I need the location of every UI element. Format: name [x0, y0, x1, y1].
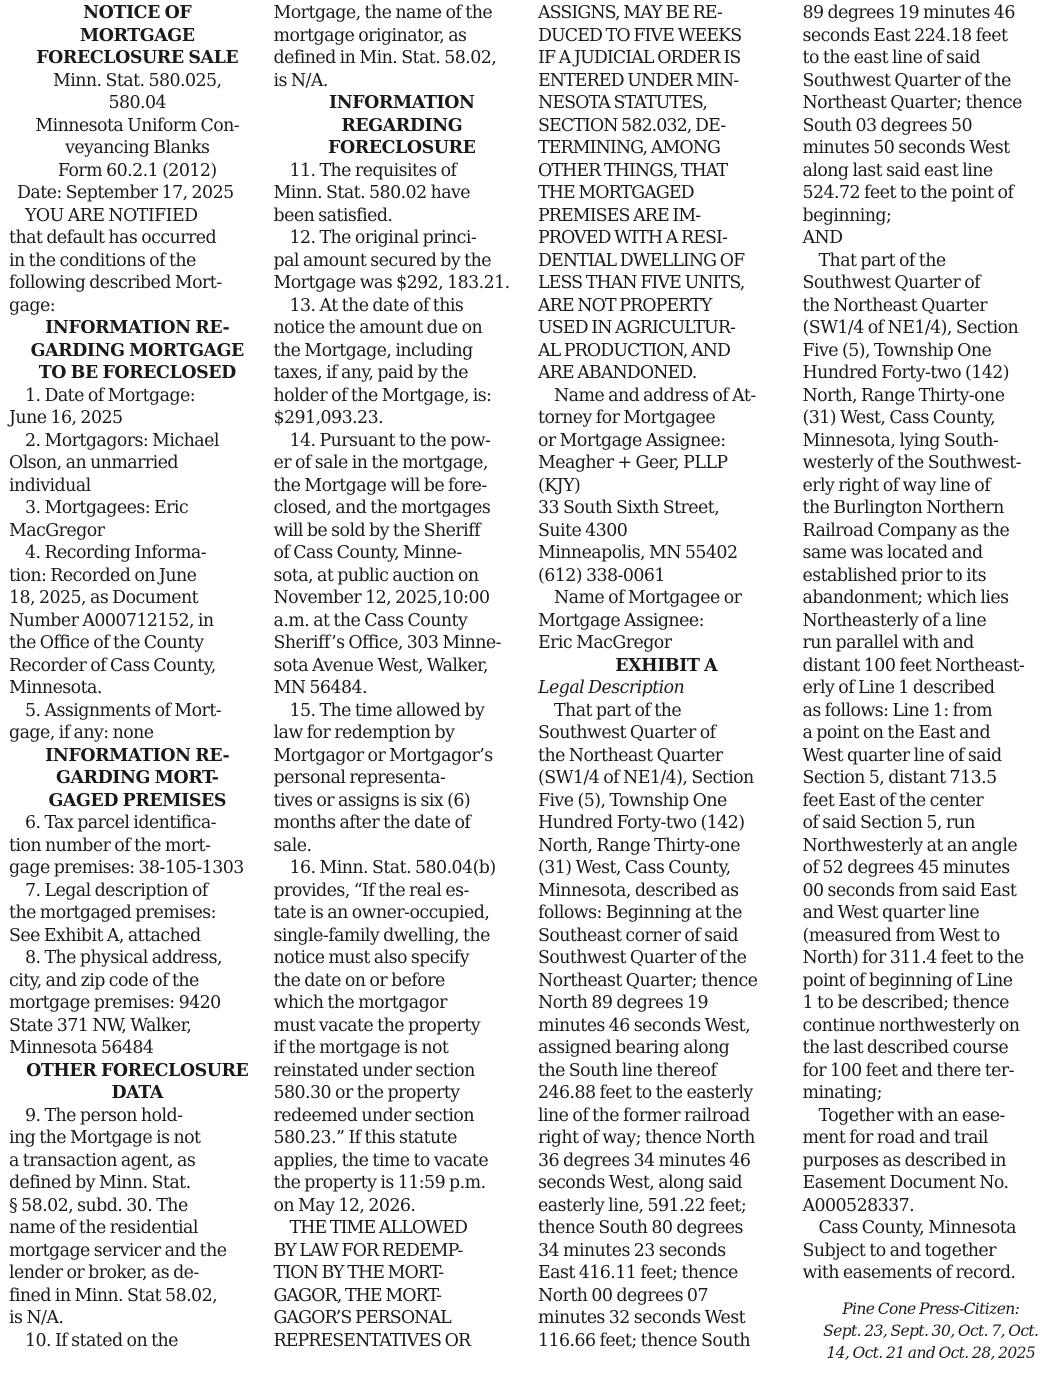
text-line: gage, if any: none — [9, 722, 266, 745]
text-line: (31) West, Cass County, — [538, 857, 795, 880]
text-line: lender or broker, as de- — [9, 1262, 266, 1285]
text-line: 246.88 feet to the easterly — [538, 1082, 795, 1105]
text-line: gage: — [9, 295, 266, 318]
text-line: line of the former railroad — [538, 1105, 795, 1128]
text-line: must vacate the property — [274, 1015, 531, 1038]
text-line: North 89 degrees 19 — [538, 992, 795, 1015]
text-line: Minn. Stat. 580.02 have — [274, 182, 531, 205]
legal-notice-page: NOTICE OFMORTGAGEFORECLOSURE SALEMinn. S… — [0, 0, 1059, 1379]
text-line: (measured from West to — [803, 925, 1059, 948]
section-heading-line: OTHER FORECLOSURE — [9, 1060, 266, 1083]
text-line: See Exhibit A, attached — [9, 925, 266, 948]
text-line: point of beginning of Line — [803, 970, 1059, 993]
text-line: on May 12, 2026. — [274, 1195, 531, 1218]
text-line: minating; — [803, 1082, 1059, 1105]
text-line: sota, at public auction on — [274, 565, 531, 588]
text-line: fined in Minn. Stat 58.02, — [9, 1285, 266, 1308]
text-line: OTHER THINGS, THAT — [538, 160, 795, 183]
text-line: feet East of the center — [803, 790, 1059, 813]
text-line: 6. Tax parcel identifica- — [9, 812, 266, 835]
text-line: Hundred Forty-two (142) — [803, 362, 1059, 385]
text-line: Five (5), Township One — [538, 790, 795, 813]
text-line: the last described course — [803, 1037, 1059, 1060]
text-line: individual — [9, 475, 266, 498]
text-line: defined by Minn. Stat. — [9, 1172, 266, 1195]
text-line: 8. The physical address, — [9, 947, 266, 970]
section-heading-line: DATA — [9, 1082, 266, 1105]
text-line: purposes as described in — [803, 1150, 1059, 1173]
text-line: Northeasterly of a line — [803, 610, 1059, 633]
text-line: easterly line, 591.22 feet; — [538, 1195, 795, 1218]
text-line: a point on the East and — [803, 722, 1059, 745]
text-line: 116.66 feet; thence South — [538, 1330, 795, 1353]
text-line: provides, “If the real es- — [274, 880, 531, 903]
text-line: notice must also specify — [274, 947, 531, 970]
text-line: 11. The requisites of — [274, 160, 531, 183]
text-line: er of sale in the mortgage, — [274, 452, 531, 475]
text-line: South 03 degrees 50 — [803, 115, 1059, 138]
text-line: the date on or before — [274, 970, 531, 993]
text-line: 16. Minn. Stat. 580.04(b) — [274, 857, 531, 880]
text-line: Five (5), Township One — [803, 340, 1059, 363]
text-line: closed, and the mortgages — [274, 497, 531, 520]
text-line: or Mortgage Assignee: — [538, 430, 795, 453]
text-line: BY LAW FOR REDEMP- — [274, 1240, 531, 1263]
text-line: veyancing Blanks — [9, 137, 266, 160]
text-line: Form 60.2.1 (2012) — [9, 160, 266, 183]
text-line: June 16, 2025 — [9, 407, 266, 430]
text-line: Southeast corner of said — [538, 925, 795, 948]
text-line: the Northeast Quarter — [538, 745, 795, 768]
text-line: (KJY) — [538, 475, 795, 498]
text-line: follows: Beginning at the — [538, 902, 795, 925]
text-line: DENTIAL DWELLING OF — [538, 250, 795, 273]
text-line: 36 degrees 34 minutes 46 — [538, 1150, 795, 1173]
text-line: Southwest Quarter of the — [803, 70, 1059, 93]
text-line: Minn. Stat. 580.025, — [9, 70, 266, 93]
text-line: the Mortgage, including — [274, 340, 531, 363]
text-line: city, and zip code of the — [9, 970, 266, 993]
text-line: Southwest Quarter of the — [538, 947, 795, 970]
text-line: of said Section 5, run — [803, 812, 1059, 835]
text-line: as follows: Line 1: from — [803, 700, 1059, 723]
text-line: name of the residential — [9, 1217, 266, 1240]
text-line: 1 to be described; thence — [803, 992, 1059, 1015]
text-line: a transaction agent, as — [9, 1150, 266, 1173]
text-line: 15. The time allowed by — [274, 700, 531, 723]
column-1: NOTICE OFMORTGAGEFORECLOSURE SALEMinn. S… — [9, 0, 266, 1379]
text-line: law for redemption by — [274, 722, 531, 745]
text-line: (31) West, Cass County, — [803, 407, 1059, 430]
text-line: 580.30 or the property — [274, 1082, 531, 1105]
text-line: Northeast Quarter; thence — [803, 92, 1059, 115]
text-line: Subject to and together — [803, 1240, 1059, 1263]
text-line: been satisfied. — [274, 205, 531, 228]
text-line: North, Range Thirty-one — [538, 835, 795, 858]
section-heading-line: GARDING MORT- — [9, 767, 266, 790]
section-heading-line: EXHIBIT A — [538, 655, 795, 678]
text-line: single-family dwelling, the — [274, 925, 531, 948]
text-line: minutes 32 seconds West — [538, 1307, 795, 1330]
column-2: Mortgage, the name of themortgage origin… — [274, 0, 531, 1379]
text-line: 2. Mortgagors: Michael — [9, 430, 266, 453]
text-line: tion number of the mort- — [9, 835, 266, 858]
text-line: Minneapolis, MN 55402 — [538, 542, 795, 565]
text-line: erly right of way line of — [803, 475, 1059, 498]
text-line: Sheriff’s Office, 303 Minne- — [274, 632, 531, 655]
text-line: mortgage servicer and the — [9, 1240, 266, 1263]
text-line: beginning; — [803, 205, 1059, 228]
text-line: ARE NOT PROPERTY — [538, 295, 795, 318]
text-line: seconds East 224.18 feet — [803, 25, 1059, 48]
footer-dates-line-2: 14, Oct. 21 and Oct. 28, 2025 — [803, 1342, 1059, 1364]
text-line: 14. Pursuant to the pow- — [274, 430, 531, 453]
text-line: Number A000712152, in — [9, 610, 266, 633]
text-line: ENTERED UNDER MIN- — [538, 70, 795, 93]
text-line: the property is 11:59 p.m. — [274, 1172, 531, 1195]
text-line: That part of the — [538, 700, 795, 723]
section-heading-line: TO BE FORECLOSED — [9, 362, 266, 385]
text-line: PREMISES ARE IM- — [538, 205, 795, 228]
section-heading-line: NOTICE OF — [9, 2, 266, 25]
text-line: AND — [803, 227, 1059, 250]
text-line: Name of Mortgagee or — [538, 587, 795, 610]
section-heading-line: FORECLOSURE — [274, 137, 531, 160]
text-line: November 12, 2025,10:00 — [274, 587, 531, 610]
text-line: abandonment; which lies — [803, 587, 1059, 610]
text-line: MacGregor — [9, 520, 266, 543]
text-line: Mortgage was $292, 183.21. — [274, 272, 531, 295]
text-line: established prior to its — [803, 565, 1059, 588]
text-line: applies, the time to vacate — [274, 1150, 531, 1173]
text-line: 4. Recording Informa- — [9, 542, 266, 565]
text-line: ment for road and trail — [803, 1127, 1059, 1150]
text-line: 3. Mortgagees: Eric — [9, 497, 266, 520]
text-line: 89 degrees 19 minutes 46 — [803, 2, 1059, 25]
text-line: 9. The person hold- — [9, 1105, 266, 1128]
text-line: notice the amount due on — [274, 317, 531, 340]
text-line: SECTION 582.032, DE- — [538, 115, 795, 138]
text-line: (612) 338-0061 — [538, 565, 795, 588]
text-line: reinstated under section — [274, 1060, 531, 1083]
text-line: with easements of record. — [803, 1262, 1059, 1285]
text-line: Minnesota, lying South- — [803, 430, 1059, 453]
text-line: gage premises: 38-105-1303 — [9, 857, 266, 880]
text-line: the Northeast Quarter — [803, 295, 1059, 318]
text-line: that default has occurred — [9, 227, 266, 250]
text-line: taxes, if any, paid by the — [274, 362, 531, 385]
text-line: minutes 46 seconds West, — [538, 1015, 795, 1038]
text-line: Mortgage Assignee: — [538, 610, 795, 633]
text-line: which the mortgagor — [274, 992, 531, 1015]
text-line: Southwest Quarter of — [538, 722, 795, 745]
text-line: Suite 4300 — [538, 520, 795, 543]
text-line: is N/A. — [9, 1307, 266, 1330]
text-line: North 00 degrees 07 — [538, 1285, 795, 1308]
text-line: erly of Line 1 described — [803, 677, 1059, 700]
text-line: PROVED WITH A RESI- — [538, 227, 795, 250]
text-line: Section 5, distant 713.5 — [803, 767, 1059, 790]
text-line: (SW1/4 of NE1/4), Section — [803, 317, 1059, 340]
text-line: USED IN AGRICULTUR- — [538, 317, 795, 340]
text-line: sale. — [274, 835, 531, 858]
text-line: the Office of the County — [9, 632, 266, 655]
text-line: continue northwesterly on — [803, 1015, 1059, 1038]
text-line: westerly of the Southwest- — [803, 452, 1059, 475]
text-line: That part of the — [803, 250, 1059, 273]
text-line: GAGOR, THE MORT- — [274, 1285, 531, 1308]
text-line: tate is an owner-occupied, — [274, 902, 531, 925]
text-line: Easement Document No. — [803, 1172, 1059, 1195]
text-line: Cass County, Minnesota — [803, 1217, 1059, 1240]
text-line: REPRESENTATIVES OR — [274, 1330, 531, 1353]
text-line: TERMINING, AMONG — [538, 137, 795, 160]
text-line: same was located and — [803, 542, 1059, 565]
text-line: assigned bearing along — [538, 1037, 795, 1060]
text-line: AL PRODUCTION, AND — [538, 340, 795, 363]
text-line: along last said east line — [803, 160, 1059, 183]
publication-footer: Pine Cone Press-Citizen: Sept. 23, Sept.… — [803, 1298, 1059, 1364]
text-line: North) for 311.4 feet to the — [803, 947, 1059, 970]
text-line: State 371 NW, Walker, — [9, 1015, 266, 1038]
text-line: 580.04 — [9, 92, 266, 115]
text-line: East 416.11 feet; thence — [538, 1262, 795, 1285]
column-4: 89 degrees 19 minutes 46seconds East 224… — [803, 0, 1059, 1379]
text-line: Minnesota Uniform Con- — [9, 115, 266, 138]
text-line: defined in Min. Stat. 58.02, — [274, 47, 531, 70]
text-line: mortgage premises: 9420 — [9, 992, 266, 1015]
text-line: Eric MacGregor — [538, 632, 795, 655]
text-line: A000528337. — [803, 1195, 1059, 1218]
text-line: § 58.02, subd. 30. The — [9, 1195, 266, 1218]
text-line: 00 seconds from said East — [803, 880, 1059, 903]
text-line: $291,093.23. — [274, 407, 531, 430]
text-line: 5. Assignments of Mort- — [9, 700, 266, 723]
section-heading-line: INFORMATION RE- — [9, 745, 266, 768]
text-line: Olson, an unmarried — [9, 452, 266, 475]
text-line: Together with an ease- — [803, 1105, 1059, 1128]
text-line: IF A JUDICIAL ORDER IS — [538, 47, 795, 70]
subheading-line: Legal Description — [538, 677, 795, 700]
text-line: tives or assigns is six (6) — [274, 790, 531, 813]
text-line: distant 100 feet Northeast- — [803, 655, 1059, 678]
text-line: pal amount secured by the — [274, 250, 531, 273]
text-line: Northwesterly at an angle — [803, 835, 1059, 858]
text-line: if the mortgage is not — [274, 1037, 531, 1060]
text-line: sota Avenue West, Walker, — [274, 655, 531, 678]
text-line: is N/A. — [274, 70, 531, 93]
text-line: 18, 2025, as Document — [9, 587, 266, 610]
text-line: 1. Date of Mortgage: — [9, 385, 266, 408]
text-line: run parallel with and — [803, 632, 1059, 655]
text-line: minutes 50 seconds West — [803, 137, 1059, 160]
text-line: torney for Mortgagee — [538, 407, 795, 430]
text-line: tion: Recorded on June — [9, 565, 266, 588]
section-heading-line: MORTGAGE — [9, 25, 266, 48]
text-line: 580.23.” If this statute — [274, 1127, 531, 1150]
text-line: (SW1/4 of NE1/4), Section — [538, 767, 795, 790]
section-heading-line: FORECLOSURE SALE — [9, 47, 266, 70]
text-line: the Mortgage will be fore- — [274, 475, 531, 498]
text-line: THE MORTGAGED — [538, 182, 795, 205]
text-line: 12. The original princi- — [274, 227, 531, 250]
text-line: ing the Mortgage is not — [9, 1127, 266, 1150]
text-line: Hundred Forty-two (142) — [538, 812, 795, 835]
text-line: TION BY THE MORT- — [274, 1262, 531, 1285]
text-line: Date: September 17, 2025 — [9, 182, 266, 205]
text-line: mortgage originator, as — [274, 25, 531, 48]
text-line: ASSIGNS, MAY BE RE- — [538, 2, 795, 25]
text-line: in the conditions of the — [9, 250, 266, 273]
text-line: 7. Legal description of — [9, 880, 266, 903]
section-heading-line: INFORMATION RE- — [9, 317, 266, 340]
text-line: Minnesota 56484 — [9, 1037, 266, 1060]
text-line: Recorder of Cass County, — [9, 655, 266, 678]
text-line: of Cass County, Minne- — [274, 542, 531, 565]
text-line: NESOTA STATUTES, — [538, 92, 795, 115]
text-line: 10. If stated on the — [9, 1330, 266, 1353]
text-line: North, Range Thirty-one — [803, 385, 1059, 408]
text-line: the mortgaged premises: — [9, 902, 266, 925]
text-line: Railroad Company as the — [803, 520, 1059, 543]
text-line: will be sold by the Sheriff — [274, 520, 531, 543]
text-line: and West quarter line — [803, 902, 1059, 925]
text-line: personal representa- — [274, 767, 531, 790]
text-line: of 52 degrees 45 minutes — [803, 857, 1059, 880]
text-line: for 100 feet and there ter- — [803, 1060, 1059, 1083]
text-line: Minnesota. — [9, 677, 266, 700]
section-heading-line: REGARDING — [274, 115, 531, 138]
text-line: 524.72 feet to the point of — [803, 182, 1059, 205]
text-line: Northeast Quarter; thence — [538, 970, 795, 993]
section-heading-line: GAGED PREMISES — [9, 790, 266, 813]
text-line: 13. At the date of this — [274, 295, 531, 318]
text-line: holder of the Mortgage, is: — [274, 385, 531, 408]
text-line: the South line thereof — [538, 1060, 795, 1083]
text-line: 33 South Sixth Street, — [538, 497, 795, 520]
text-line: West quarter line of said — [803, 745, 1059, 768]
text-line: MN 56484. — [274, 677, 531, 700]
footer-dates-line-1: Sept. 23, Sept. 30, Oct. 7, Oct. — [803, 1320, 1059, 1342]
column-3: ASSIGNS, MAY BE RE-DUCED TO FIVE WEEKSIF… — [538, 0, 795, 1379]
text-line: Minnesota, described as — [538, 880, 795, 903]
text-line: Mortgagor or Mortgagor’s — [274, 745, 531, 768]
section-heading-line: GARDING MORTGAGE — [9, 340, 266, 363]
text-line: Southwest Quarter of — [803, 272, 1059, 295]
text-line: a.m. at the Cass County — [274, 610, 531, 633]
text-line: LESS THAN FIVE UNITS, — [538, 272, 795, 295]
text-line: seconds West, along said — [538, 1172, 795, 1195]
text-line: right of way; thence North — [538, 1127, 795, 1150]
text-line: YOU ARE NOTIFIED — [9, 205, 266, 228]
text-line: ARE ABANDONED. — [538, 362, 795, 385]
footer-publication-name: Pine Cone Press-Citizen: — [803, 1298, 1059, 1320]
text-line: months after the date of — [274, 812, 531, 835]
text-line: following described Mort- — [9, 272, 266, 295]
text-line: thence South 80 degrees — [538, 1217, 795, 1240]
section-heading-line: INFORMATION — [274, 92, 531, 115]
text-line: DUCED TO FIVE WEEKS — [538, 25, 795, 48]
text-line: THE TIME ALLOWED — [274, 1217, 531, 1240]
text-line: redeemed under section — [274, 1105, 531, 1128]
text-line: the Burlington Northern — [803, 497, 1059, 520]
text-line: Meagher + Geer, PLLP — [538, 452, 795, 475]
text-line: GAGOR’S PERSONAL — [274, 1307, 531, 1330]
text-line: to the east line of said — [803, 47, 1059, 70]
text-line: Mortgage, the name of the — [274, 2, 531, 25]
text-line: 34 minutes 23 seconds — [538, 1240, 795, 1263]
text-line: Name and address of At- — [538, 385, 795, 408]
